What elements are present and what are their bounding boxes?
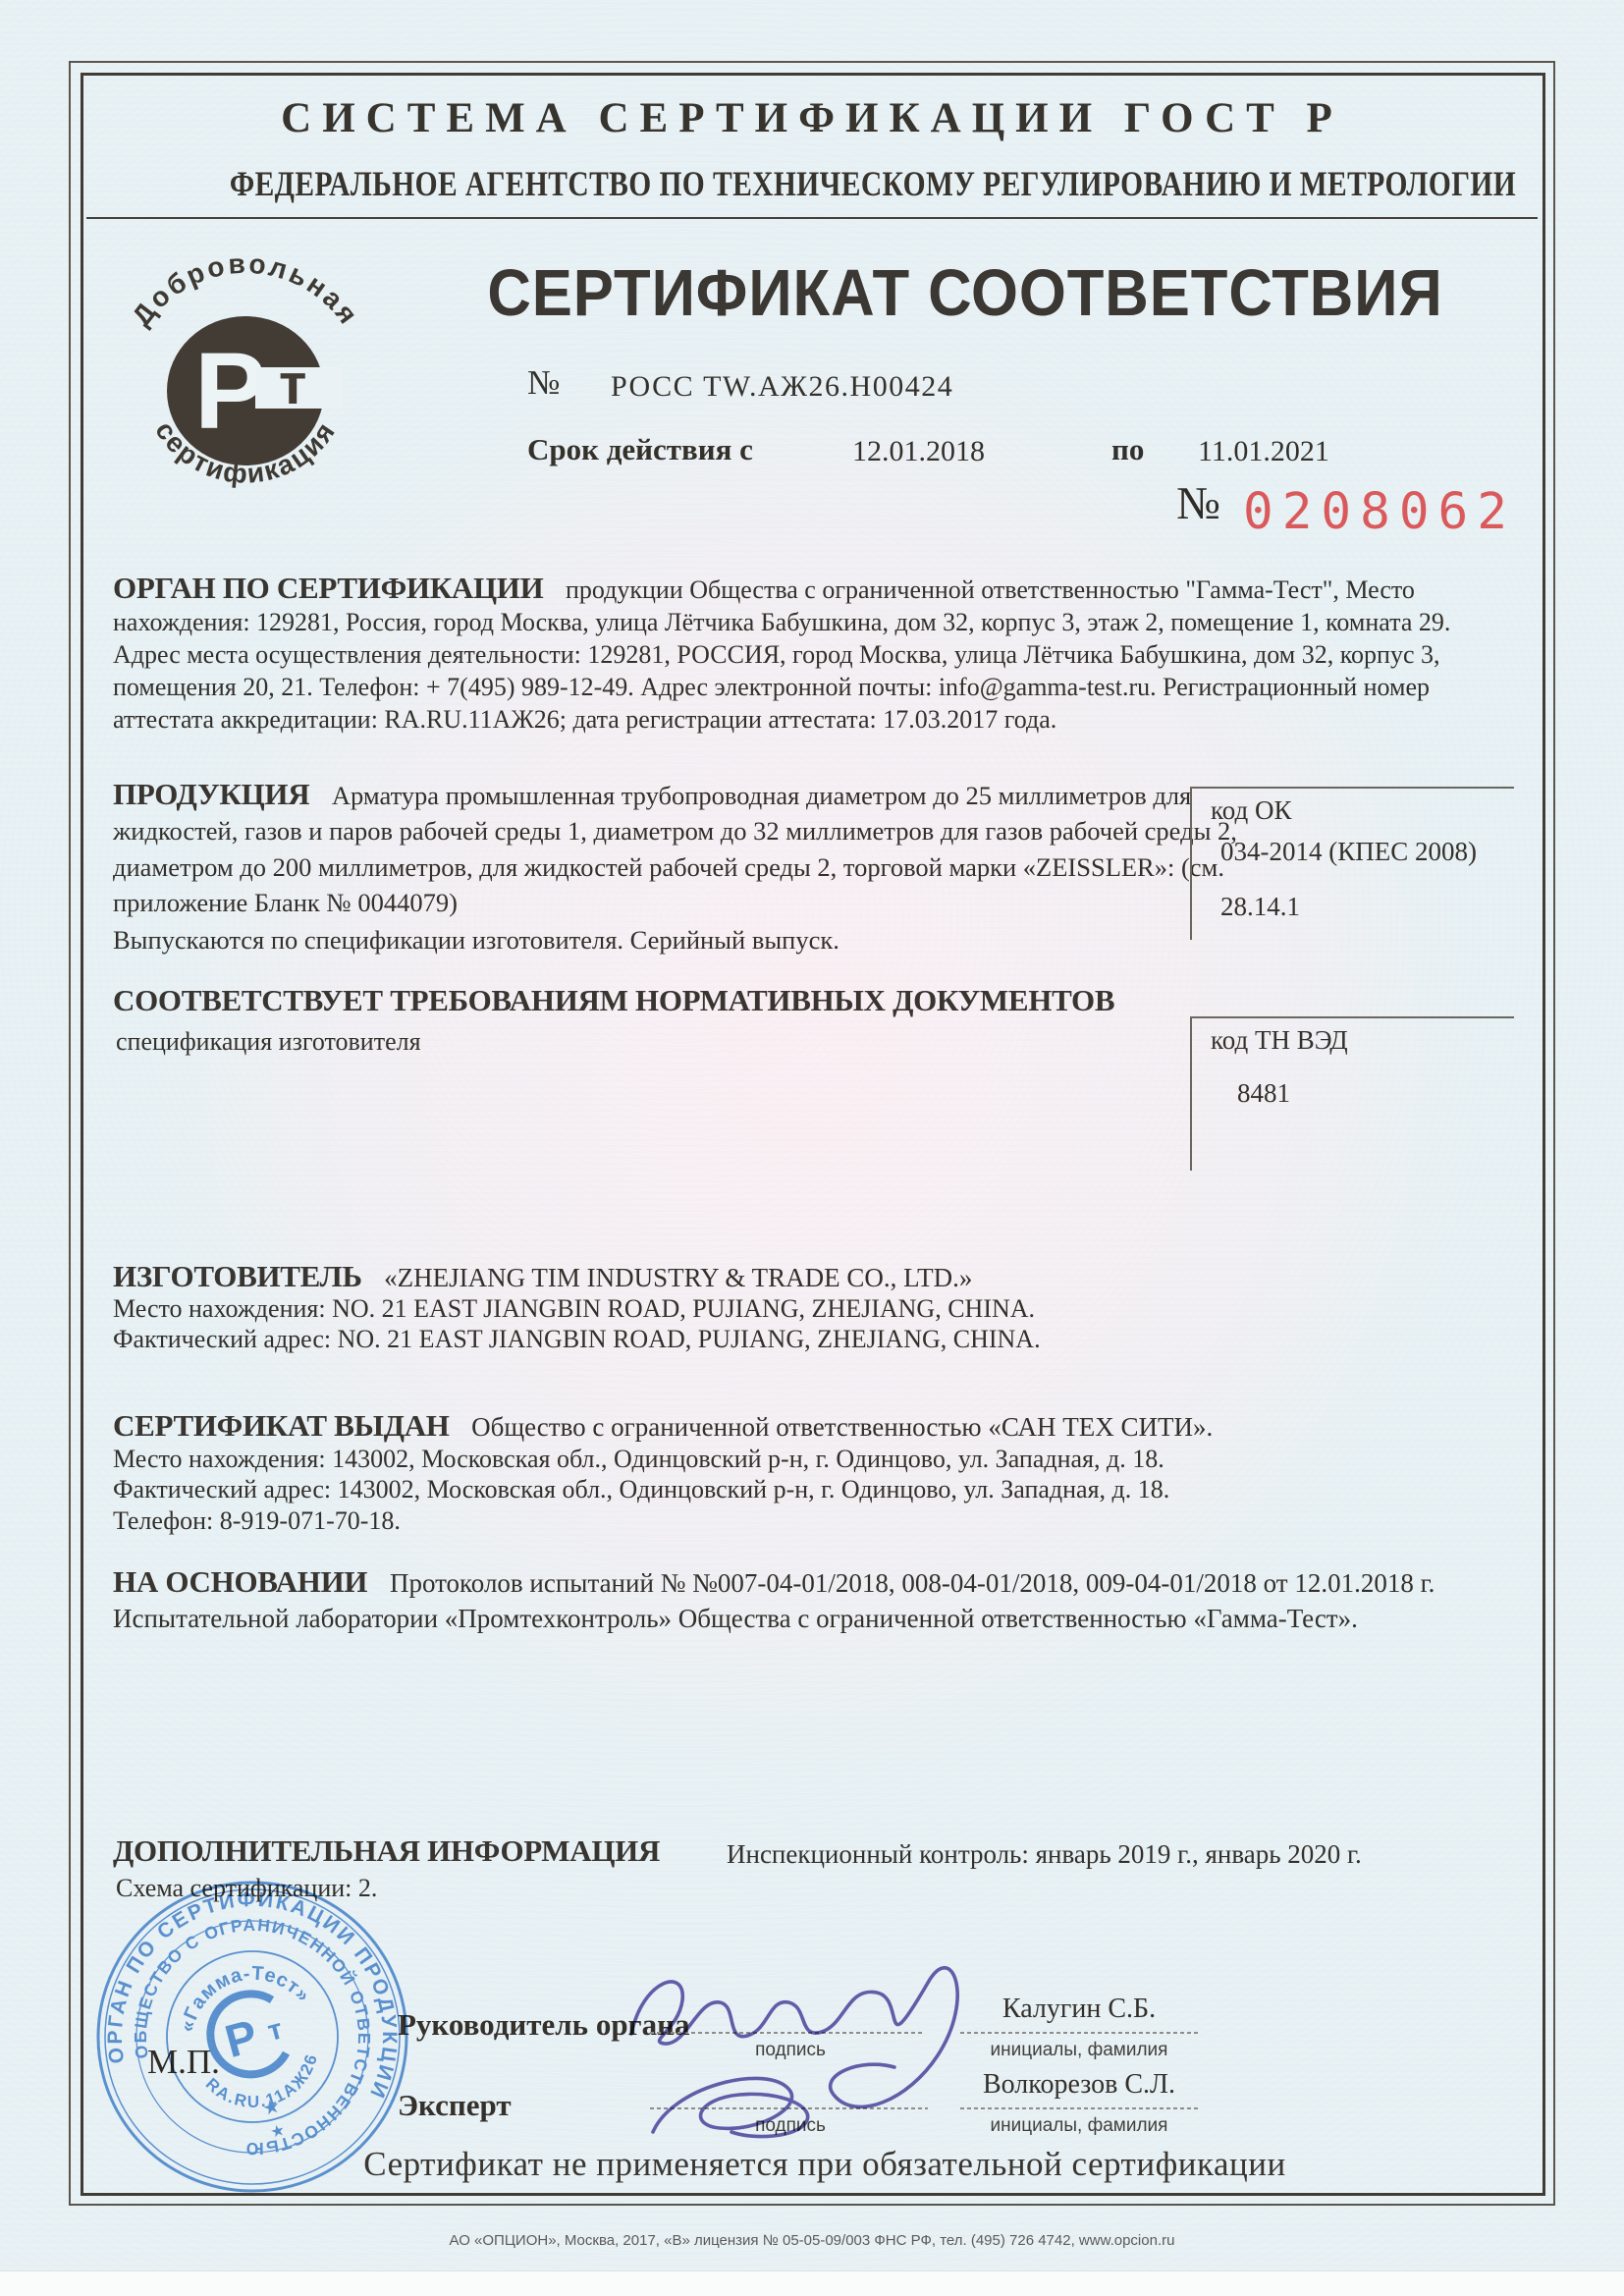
basis-line1: Протоколов испытаний № №007-04-01/2018, … (390, 1568, 1435, 1598)
stamp-star-2: ★ (269, 2121, 286, 2140)
ok-code-box-top (1190, 787, 1514, 789)
basis-line2: Испытательной лаборатории «Промтехконтро… (113, 1601, 1537, 1636)
ok-code-value-1: 034-2014 (КПЕС 2008) (1220, 837, 1477, 867)
section-certification-body: ОРГАН ПО СЕРТИФИКАЦИИ продукции Общества… (113, 572, 1488, 736)
ok-code-box-left (1190, 787, 1192, 940)
validity-label: Срок действия с (527, 432, 753, 467)
tnved-code-label: код ТН ВЭД (1211, 1025, 1348, 1056)
section-manufacturer: ИЗГОТОВИТЕЛЬ «ZHEJIANG TIM INDUSTRY & TR… (113, 1261, 1507, 1354)
rst-logo: Добровольная сертификация Р т (98, 234, 393, 528)
production-heading: ПРОДУКЦИЯ (113, 777, 309, 811)
basis-heading: НА ОСНОВАНИИ (113, 1564, 367, 1599)
printer-imprint: АО «ОПЦИОН», Москва, 2017, «В» лицензия … (0, 2232, 1624, 2249)
manufacturer-name: «ZHEJIANG TIM INDUSTRY & TRADE CO., LTD.… (384, 1263, 972, 1292)
handwritten-signatures (614, 1940, 1016, 2160)
doc-title: СЕРТИФИКАТ СООТВЕТСТВИЯ (487, 255, 1442, 331)
issued-to-line2: Фактический адрес: 143002, Московская об… (113, 1474, 1517, 1505)
certification-body-heading: ОРГАН ПО СЕРТИФИКАЦИИ (113, 571, 543, 605)
manufacturer-heading: ИЗГОТОВИТЕЛЬ (113, 1259, 362, 1293)
rst-mark-letter-t: т (279, 353, 306, 416)
section-basis: НА ОСНОВАНИИ Протоколов испытаний № №007… (113, 1564, 1537, 1636)
cert-number-value: РОСС TW.АЖ26.H00424 (611, 370, 953, 404)
ok-code-value-2: 28.14.1 (1220, 892, 1300, 922)
section-additional-heading: ДОПОЛНИТЕЛЬНАЯ ИНФОРМАЦИЯ (113, 1834, 676, 1869)
stamp-mark-letter-r: Р (220, 2009, 263, 2067)
blank-number-value: 0208062 (1243, 483, 1516, 541)
header-divider (86, 217, 1538, 219)
expert-signature-stroke (653, 2078, 808, 2136)
production-text2: Выпускаются по спецификации изготовителя… (113, 922, 1257, 958)
section-conformity-heading: СООТВЕТСТВУЕТ ТРЕБОВАНИЯМ НОРМАТИВНЫХ ДО… (113, 984, 1130, 1018)
validity-from-date: 12.01.2018 (852, 435, 985, 468)
disclaimer-text: Сертификат не применяется при обязательн… (118, 2145, 1532, 2184)
issued-to-heading: СЕРТИФИКАТ ВЫДАН (113, 1408, 450, 1443)
ok-code-label: код ОК (1211, 795, 1291, 826)
cert-number-sign: № (527, 363, 560, 403)
issued-to-line3: Телефон: 8-919-071-70-18. (113, 1505, 1517, 1537)
agency-title-wrap: ФЕДЕРАЛЬНОЕ АГЕНТСТВО ПО ТЕХНИЧЕСКОМУ РЕ… (88, 163, 1536, 204)
stamp-mark-letter-t: т (264, 2013, 286, 2048)
validity-to-date: 11.01.2021 (1198, 435, 1329, 468)
issued-to-name: Общество с ограниченной ответственностью… (471, 1412, 1213, 1442)
certificate-page: СИСТЕМА СЕРТИФИКАЦИИ ГОСТ Р ФЕДЕРАЛЬНОЕ … (0, 0, 1624, 2296)
head-signature-stroke (631, 1968, 957, 2107)
additional-inline-text: Инспекционный контроль: январь 2019 г., … (727, 1838, 1362, 1871)
issued-to-line1: Место нахождения: 143002, Московская обл… (113, 1444, 1517, 1475)
doc-title-wrap: СЕРТИФИКАТ СООТВЕТСТВИЯ (393, 255, 1537, 331)
blank-number-sign: № (1176, 477, 1220, 530)
agency-title: ФЕДЕРАЛЬНОЕ АГЕНТСТВО ПО ТЕХНИЧЕСКОМУ РЕ… (230, 163, 1516, 204)
section-production: ПРОДУКЦИЯ Арматура промышленная трубопро… (113, 777, 1257, 958)
manufacturer-line1: Место нахождения: NO. 21 EAST JIANGBIN R… (113, 1293, 1507, 1324)
tnved-code-value: 8481 (1237, 1078, 1290, 1109)
scan-edge (0, 2270, 1624, 2296)
conformity-heading: СООТВЕТСТВУЕТ ТРЕБОВАНИЯМ НОРМАТИВНЫХ ДО… (113, 983, 1114, 1017)
additional-heading: ДОПОЛНИТЕЛЬНАЯ ИНФОРМАЦИЯ (113, 1833, 660, 1868)
tnved-code-box-left (1190, 1016, 1192, 1171)
section-issued-to: СЕРТИФИКАТ ВЫДАН Общество с ограниченной… (113, 1410, 1517, 1536)
conformity-text: спецификация изготовителя (116, 1025, 421, 1058)
tnved-code-box-top (1190, 1016, 1514, 1018)
manufacturer-line2: Фактический адрес: NO. 21 EAST JIANGBIN … (113, 1324, 1507, 1354)
stamp-rst-mark: Р т (201, 1987, 292, 2083)
system-title: СИСТЕМА СЕРТИФИКАЦИИ ГОСТ Р (88, 94, 1536, 142)
validity-to-label: по (1111, 432, 1144, 467)
